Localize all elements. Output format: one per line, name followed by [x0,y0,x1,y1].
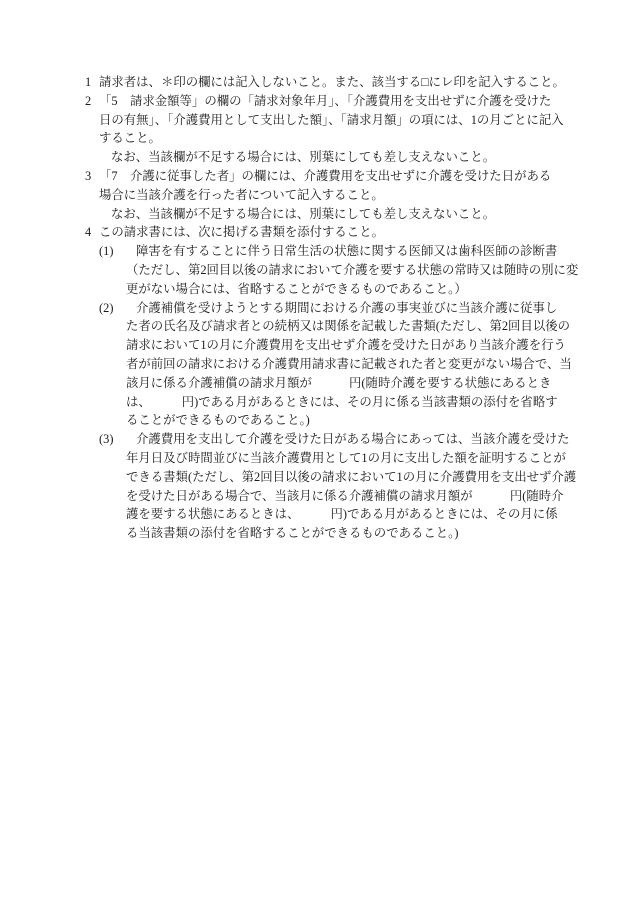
doc-line: なお、当該欄が不足する場合には、別葉にしても差し支えないこと。 [0,205,630,224]
document-body: 1請求者は、＊印の欄には記入しないこと。また、該当する□にレ印を記入すること。2… [0,73,630,543]
doc-line: (1)障害を有することに伴う日常生活の状態に関する医師又は歯科医師の診断書 [0,242,630,261]
doc-line: は、 円)である月があるときには、その月に係る当該書類の添付を省略す [0,393,630,412]
line-text: なお、当該欄が不足する場合には、別葉にしても差し支えないこと。 [111,150,495,164]
line-text: は、 円)である月があるときには、その月に係る当該書類の添付を省略す [126,395,558,409]
sub-item-number: (1) [99,242,136,261]
item-number: 4 [85,223,99,242]
line-text: 「7 介護に従事した者」の欄には、介護費用を支出せずに介護を受けた日がある [99,169,551,183]
doc-line: 2「5 請求金額等」の欄の「請求対象年月」、「介護費用を支出せずに介護を受けた [0,92,630,111]
line-text: 該月に係る介護補償の請求月額が 円(随時介護を要する状態にあるとき [126,376,551,390]
doc-line: 3「7 介護に従事した者」の欄には、介護費用を支出せずに介護を受けた日がある [0,167,630,186]
line-text: 介護補償を受けようとする期間における介護の事実並びに当該介護に従事し [136,301,557,315]
doc-line: 該月に係る介護補償の請求月額が 円(随時介護を要する状態にあるとき [0,374,630,393]
line-text: すること。 [99,131,161,145]
line-text: 「5 請求金額等」の欄の「請求対象年月」、「介護費用を支出せずに介護を受けた [99,94,551,108]
doc-line: 日の有無」、「介護費用として支出した額」、「請求月額」の項には、1の月ごとに記入 [0,111,630,130]
item-number: 2 [85,92,99,111]
doc-line: (3)介護費用を支出して介護を受けた日がある場合にあっては、当該介護を受けた [0,430,630,449]
doc-line: 更がない場合には、省略することができるものであること。） [0,280,630,299]
line-text: 障害を有することに伴う日常生活の状態に関する医師又は歯科医師の診断書 [136,244,557,258]
line-text: 請求において1の月に介護費用を支出せず介護を受けた日があり当該介護を行う [126,338,566,352]
item-number: 3 [85,167,99,186]
doc-line: 護を要する状態にあるときは、 円)である月があるときには、その月に係 [0,505,630,524]
line-text: 場合に当該介護を行った者について記入すること。 [99,188,384,202]
line-text: 年月日及び時間並びに当該介護費用として1の月に支出した額を証明することが [126,451,566,465]
doc-line: すること。 [0,129,630,148]
line-text: なお、当該欄が不足する場合には、別葉にしても差し支えないこと。 [111,207,495,221]
line-text: る当該書類の添付を省略することができるものであること。) [126,526,458,540]
doc-line: る当該書類の添付を省略することができるものであること。) [0,524,630,543]
doc-line: ることができるものであること。) [0,411,630,430]
line-text: 請求者は、＊印の欄には記入しないこと。また、該当する□にレ印を記入すること。 [99,75,565,89]
line-text: 護を要する状態にあるときは、 円)である月があるときには、その月に係 [126,507,558,521]
line-text: この請求書には、次に掲げる書類を添付すること。 [99,225,384,239]
line-text: 日の有無」、「介護費用として支出した額」、「請求月額」の項には、1の月ごとに記入 [99,113,564,127]
sub-item-number: (3) [99,430,136,449]
doc-line: 1請求者は、＊印の欄には記入しないこと。また、該当する□にレ印を記入すること。 [0,73,630,92]
line-text: を受けた日がある場合で、当該月に係る介護補償の請求月額が 円(随時介 [126,489,564,503]
document-page: 1請求者は、＊印の欄には記入しないこと。また、該当する□にレ印を記入すること。2… [0,0,630,903]
line-text: ることができるものであること。) [126,413,310,427]
doc-line: た者の氏名及び請求者との続柄又は関係を記載した書類(ただし、第2回目以後の [0,317,630,336]
line-text: 介護費用を支出して介護を受けた日がある場合にあっては、当該介護を受けた [136,432,570,446]
doc-line: 場合に当該介護を行った者について記入すること。 [0,186,630,205]
doc-line: 請求において1の月に介護費用を支出せず介護を受けた日があり当該介護を行う [0,336,630,355]
sub-item-number: (2) [99,299,136,318]
doc-line: 4この請求書には、次に掲げる書類を添付すること。 [0,223,630,242]
doc-line: （ただし、第2回目以後の請求において介護を要する状態の常時又は随時の別に変 [0,261,630,280]
line-text: 更がない場合には、省略することができるものであること。） [126,282,467,296]
line-text: 者が前回の請求における介護費用請求書に記載された者と変更がない場合で、当 [126,357,572,371]
doc-line: 者が前回の請求における介護費用請求書に記載された者と変更がない場合で、当 [0,355,630,374]
line-text: できる書類(ただし、第2回目以後の請求において1の月に介護費用を支出せず介護 [126,470,576,484]
line-text: た者の氏名及び請求者との続柄又は関係を記載した書類(ただし、第2回目以後の [126,319,570,333]
item-number: 1 [85,73,99,92]
doc-line: なお、当該欄が不足する場合には、別葉にしても差し支えないこと。 [0,148,630,167]
line-text: （ただし、第2回目以後の請求において介護を要する状態の常時又は随時の別に変 [126,263,578,277]
doc-line: を受けた日がある場合で、当該月に係る介護補償の請求月額が 円(随時介 [0,487,630,506]
doc-line: 年月日及び時間並びに当該介護費用として1の月に支出した額を証明することが [0,449,630,468]
doc-line: (2)介護補償を受けようとする期間における介護の事実並びに当該介護に従事し [0,299,630,318]
doc-line: できる書類(ただし、第2回目以後の請求において1の月に介護費用を支出せず介護 [0,468,630,487]
